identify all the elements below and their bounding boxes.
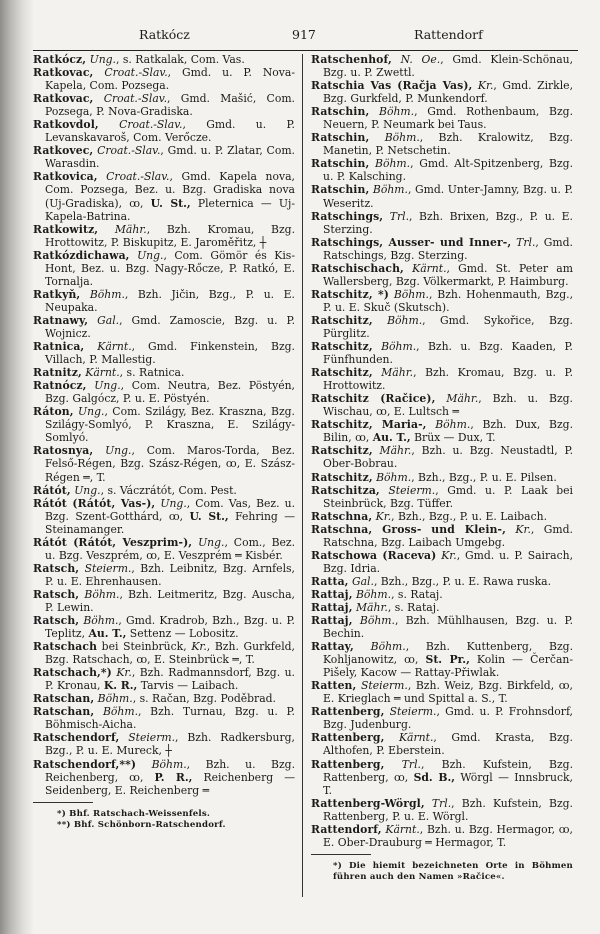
entry-region: Ung. xyxy=(105,444,131,457)
entry-text: , Bzh., Bzg., P. u. E. Pilsen. xyxy=(411,471,557,484)
gazetteer-entry: Ratsch, Böhm., Gmd. Kradrob, Bzh., Bzg. … xyxy=(33,614,295,640)
gazetteer-entry: Ratschitza, Steierm., Gmd. u. P. Laak be… xyxy=(311,484,573,510)
entry-region: Ung. xyxy=(137,249,163,262)
entry-region: Steierm. xyxy=(128,731,175,744)
entry-text: bei Steinbrück, xyxy=(97,640,191,653)
page-number: 917 xyxy=(292,27,316,42)
gazetteer-entry: Ratsch, Böhm., Bzh. Leitmeritz, Bzg. Aus… xyxy=(33,588,295,614)
entry-region: Böhm. xyxy=(381,340,416,353)
entry-headword: Ratschach xyxy=(33,640,97,653)
entry-region: Kärnt. xyxy=(412,262,446,275)
entry-region: Croat.-Slav. xyxy=(119,118,182,131)
entry-region: Kr. xyxy=(116,666,131,679)
gazetteer-entry: Ratschendorf, Steierm., Bzh. Radkersburg… xyxy=(33,731,295,757)
entry-region: Kr. xyxy=(441,549,456,562)
gazetteer-entry: Ratkyň, Böhm., Bzh. Jičin, Bzg., P. u. E… xyxy=(33,288,295,314)
gazetteer-entry: Ratschenhof, N. Oe., Gmd. Klein-Schönau,… xyxy=(311,53,573,79)
gazetteer-entry: Ratschna, Gross- und Klein-, Kr., Gmd. R… xyxy=(311,523,573,549)
header-rule xyxy=(33,50,578,51)
gazetteer-entry: Ratschitz, Mähr., Bzh. Kromau, Bzg. u. P… xyxy=(311,366,573,392)
gazetteer-entry: Rattenberg, Trl., Bzh. Kufstein, Bzg. Ra… xyxy=(311,758,573,797)
page-header: Ratkócz 917 Rattendorf xyxy=(34,24,580,46)
entry-headword: Ratkovec, xyxy=(33,144,93,157)
gazetteer-entry: Ratschendorf,**) Böhm., Bzh. u. Bzg. Rei… xyxy=(33,758,295,797)
entry-headword: Ratschach,*) xyxy=(33,666,112,679)
entry-region: Ung. xyxy=(94,379,120,392)
gazetteer-entry: Ratkovac, Croat.-Slav., Gmd. u. P. Nova-… xyxy=(33,66,295,92)
entry-railway: U. St., xyxy=(189,510,228,523)
entry-headword: Rátót (Rátót, Vas-), xyxy=(33,497,155,510)
entry-railway: St. Pr., xyxy=(426,653,470,666)
entry-headword: Ratschin, xyxy=(311,131,369,144)
entry-text: , s. Rataj. xyxy=(391,588,443,601)
entry-text: , s. Račan, Bzg. Poděbrad. xyxy=(133,692,276,705)
gazetteer-entry: Rattenberg, Kärnt., Gmd. Krasta, Bzg. Al… xyxy=(311,731,573,757)
gazetteer-entry: Rattenberg, Steierm., Gmd. u. P. Frohnsd… xyxy=(311,705,573,731)
entry-region: Böhm. xyxy=(360,614,395,627)
gazetteer-entry: Ratten, Steierm., Bzh. Weiz, Bzg. Birkfe… xyxy=(311,679,573,705)
entry-headword: Ratschna, xyxy=(311,510,372,523)
gazetteer-entry: Rattaj, Böhm., Bzh. Mühlhausen, Bzg. u. … xyxy=(311,614,573,640)
entry-region: Steierm. xyxy=(388,484,435,497)
entry-region: Croat.-Slav. xyxy=(104,66,167,79)
entry-headword: Ratkovac, xyxy=(33,66,93,79)
gazetteer-entry: Ráton, Ung., Com. Szilágy, Bez. Kraszna,… xyxy=(33,405,295,444)
gazetteer-entry: Ratschan, Böhm., s. Račan, Bzg. Poděbrad… xyxy=(33,692,295,705)
entry-headword: Rátót, xyxy=(33,484,71,497)
entry-headword: Ratsch, xyxy=(33,562,79,575)
entry-text: , s. Ratnica. xyxy=(120,366,185,379)
entry-headword: Ratschia Vas (Račja Vas), xyxy=(311,79,472,92)
entry-headword: Rattenberg, xyxy=(311,705,384,718)
gazetteer-entry: Ratkovac, Croat.-Slav., Gmd. Mašić, Com.… xyxy=(33,92,295,118)
entry-railway: P. R., xyxy=(154,771,192,784)
entry-region: Böhm. xyxy=(385,131,420,144)
entry-region: Böhm. xyxy=(375,157,410,170)
entry-headword: Ratschitz, xyxy=(311,340,373,353)
header-right-word: Rattendorf xyxy=(414,27,483,42)
gazetteer-entry: Ratschitz, *) Böhm., Bzh. Hohenmauth, Bz… xyxy=(311,288,573,314)
gazetteer-entry: Rattendorf, Kärnt., Bzh. u. Bzg. Hermago… xyxy=(311,823,573,849)
entry-region: Böhm. xyxy=(387,314,422,327)
entry-headword: Ratschendorf, xyxy=(33,731,119,744)
gazetteer-entry: Ratkovdol, Croat.-Slav., Gmd. u. P. Leva… xyxy=(33,118,295,144)
left-column: Ratkócz, Ung., s. Ratkalak, Com. Vas.Rat… xyxy=(33,53,295,832)
gazetteer-entry: Ratschin, Böhm., Gmd. Alt-Spitzenberg, B… xyxy=(311,157,573,183)
entry-region: Trl. xyxy=(432,797,451,810)
entry-headword: Ratschitz, *) xyxy=(311,288,389,301)
entry-headword: Ratnitz, xyxy=(33,366,82,379)
entry-region: Böhm. xyxy=(435,418,470,431)
gazetteer-entry: Ratschach,*) Kr., Bzh. Radmannsdorf, Bzg… xyxy=(33,666,295,692)
entry-region: Mähr. xyxy=(115,223,147,236)
entry-headword: Ratnócz, xyxy=(33,379,87,392)
entry-text: , Bzh. Jičin, Bzg., P. u. E. Neupaka. xyxy=(45,288,295,314)
gazetteer-entry: Ratnitz, Kärnt., s. Ratnica. xyxy=(33,366,295,379)
entry-headword: Rattendorf, xyxy=(311,823,382,836)
entry-region: Böhm. xyxy=(84,588,119,601)
gazetteer-entry: Rátót (Rátót, Veszprim-), Ung., Com., Be… xyxy=(33,536,295,562)
entry-text: , s. Ratkalak, Com. Vas. xyxy=(116,53,245,66)
entry-region: Böhm. xyxy=(373,183,408,196)
entry-region: Kr. xyxy=(376,510,391,523)
entry-headword: Rattaj, xyxy=(311,601,353,614)
entry-headword: Ráton, xyxy=(33,405,74,418)
gazetteer-entry: Ratschitz, Böhm., Gmd. Sykořice, Bzg. Pü… xyxy=(311,314,573,340)
entry-region: Mähr. xyxy=(446,392,478,405)
gazetteer-entry: Ratschischach, Kärnt., Gmd. St. Peter am… xyxy=(311,262,573,288)
gazetteer-entry: Rátót (Rátót, Vas-), Ung., Com. Vas, Bez… xyxy=(33,497,295,536)
footnote: **) Bhf. Schönborn-Ratschendorf. xyxy=(33,820,295,832)
entry-railway: Au. T., xyxy=(88,627,126,640)
gazetteer-entry: Ratschitz, Böhm., Bzh., Bzg., P. u. E. P… xyxy=(311,471,573,484)
footnote: *) Die hiemit bezeichneten Orte in Böhme… xyxy=(311,861,573,884)
entry-headword: Ratosnya, xyxy=(33,444,93,457)
page-edge-shadow xyxy=(0,0,34,934)
entry-headword: Rattenberg, xyxy=(311,731,384,744)
gazetteer-entry: Ratta, Gal., Bzh., Bzg., P. u. E. Rawa r… xyxy=(311,575,573,588)
entry-text: , s. Váczrátót, Com. Pest. xyxy=(101,484,237,497)
entry-region: Kr. xyxy=(515,523,530,536)
gazetteer-entry: Ratschia Vas (Račja Vas), Kr., Gmd. Zirk… xyxy=(311,79,573,105)
gazetteer-entry: Ratschitz, Maria-, Böhm., Bzh. Dux, Bzg.… xyxy=(311,418,573,444)
gazetteer-entry: Ratnawy, Gal., Gmd. Zamoscie, Bzg. u. P.… xyxy=(33,314,295,340)
gazetteer-entry: Ratsch, Steierm., Bzh. Leibnitz, Bzg. Ar… xyxy=(33,562,295,588)
entry-headword: Rattaj, xyxy=(311,588,353,601)
entry-region: Kärnt. xyxy=(85,366,119,379)
entry-headword: Ratten, xyxy=(311,679,356,692)
entry-headword: Ratkyň, xyxy=(33,288,80,301)
entry-region: Croat.-Slav. xyxy=(97,144,160,157)
header-left-word: Ratkócz xyxy=(139,27,190,42)
entry-headword: Rátót (Rátót, Veszprim-), xyxy=(33,536,192,549)
entry-headword: Ratschitza, xyxy=(311,484,380,497)
entry-headword: Ratschitz, xyxy=(311,314,373,327)
entry-headword: Ratsch, xyxy=(33,588,79,601)
entry-region: Böhm. xyxy=(90,288,125,301)
gazetteer-entry: Ratkózdichawa, Ung., Com. Gömör és Kis-H… xyxy=(33,249,295,288)
entry-headword: Ratschischach, xyxy=(311,262,404,275)
entry-headword: Ratkowitz, xyxy=(33,223,98,236)
gazetteer-entry: Ratschin, Böhm., Bzh. Kralowitz, Bzg. Ma… xyxy=(311,131,573,157)
entry-text: , Bzh. Leitmeritz, Bzg. Auscha, P. Lewin… xyxy=(45,588,295,614)
gazetteer-entry: Ratschings, Trl., Bzh. Brixen, Bzg., P. … xyxy=(311,210,573,236)
entry-region: Böhm. xyxy=(103,705,138,718)
entry-headword: Ratschin, xyxy=(311,157,369,170)
entry-railway: K. R., xyxy=(104,679,137,692)
gazetteer-entry: Ratschitz (Račice), Mähr., Bzh. u. Bzg. … xyxy=(311,392,573,418)
gazetteer-entry: Ratkovec, Croat.-Slav., Gmd. u. P. Zlata… xyxy=(33,144,295,170)
entry-text: Tarvis — Laibach. xyxy=(137,679,238,692)
entry-region: Steierm. xyxy=(361,679,408,692)
gazetteer-entry: Ratschna, Kr., Bzh., Bzg., P. u. E. Laib… xyxy=(311,510,573,523)
entry-text: , Bzh., Bzg., P. u. E. Rawa ruska. xyxy=(374,575,551,588)
gazetteer-entry: Ratkowitz, Mähr., Bzh. Kromau, Bzg. Hrot… xyxy=(33,223,295,249)
gazetteer-entry: Ratschowa (Raceva) Kr., Gmd. u. P. Saira… xyxy=(311,549,573,575)
entry-headword: Ratschings, xyxy=(311,210,383,223)
entry-headword: Ratkovdol, xyxy=(33,118,99,131)
entry-headword: Rattaj, xyxy=(311,614,353,627)
entry-region: Böhm. xyxy=(83,614,118,627)
gazetteer-entry: Ratosnya, Ung., Com. Maros-Torda, Bez. F… xyxy=(33,444,295,483)
entry-railway: U. St., xyxy=(151,197,191,210)
entry-headword: Rattenberg-Wörgl, xyxy=(311,797,425,810)
entry-headword: Ratkovac, xyxy=(33,92,93,105)
entry-region: Ung. xyxy=(78,405,104,418)
entry-region: Böhm. xyxy=(371,640,406,653)
footnote: *) Bhf. Ratschach-Weissenfels. xyxy=(33,809,295,821)
entry-region: Trl. xyxy=(516,236,535,249)
entry-region: Kr. xyxy=(478,79,493,92)
gazetteer-entry: Rátót, Ung., s. Váczrátót, Com. Pest. xyxy=(33,484,295,497)
entry-region: Ung. xyxy=(74,484,100,497)
entry-headword: Rattay, xyxy=(311,640,354,653)
gazetteer-entry: Ratschin, Böhm., Gmd. Unter-Jamny, Bzg. … xyxy=(311,183,573,209)
entry-region: Kärnt. xyxy=(97,340,131,353)
entry-region: Kärnt. xyxy=(385,823,419,836)
entry-region: Steierm. xyxy=(85,562,132,575)
entry-region: Mähr. xyxy=(381,366,413,379)
entry-text: , Bzh. Leibnitz, Bzg. Arnfels, P. u. E. … xyxy=(45,562,295,588)
entry-region: Böhm. xyxy=(376,471,411,484)
entry-region: N. Oe. xyxy=(401,53,441,66)
entry-railway: Au. T., xyxy=(373,431,411,444)
entry-region: Trl. xyxy=(390,210,409,223)
entry-region: Croat.-Slav. xyxy=(104,92,167,105)
entry-headword: Ratschenhof, xyxy=(311,53,392,66)
entry-headword: Ratschitz, xyxy=(311,444,373,457)
gazetteer-entry: Ratschings, Ausser- und Inner-, Trl., Gm… xyxy=(311,236,573,262)
entry-railway: Sd. B., xyxy=(414,771,455,784)
entry-text: , Bzh., Bzg., P. u. E. Laibach. xyxy=(391,510,547,523)
entry-region: Böhm. xyxy=(98,692,133,705)
entry-region: Croat.-Slav. xyxy=(106,170,169,183)
entry-headword: Ratschitz, xyxy=(311,366,373,379)
footnote-rule xyxy=(33,802,93,803)
entry-headword: Ratschna, Gross- und Klein-, xyxy=(311,523,506,536)
entry-region: Mähr. xyxy=(380,444,412,457)
gazetteer-entry: Ratnócz, Ung., Com. Neutra, Bez. Pöstyén… xyxy=(33,379,295,405)
entry-region: Mähr. xyxy=(356,601,388,614)
gazetteer-entry: Rattenberg-Wörgl, Trl., Bzh. Kufstein, B… xyxy=(311,797,573,823)
footnote-rule xyxy=(311,854,371,855)
entry-region: Böhm. xyxy=(152,758,187,771)
entry-region: Trl. xyxy=(402,758,421,771)
gazetteer-entry: Rattay, Böhm., Bzh. Kuttenberg, Bzg. Koh… xyxy=(311,640,573,679)
entry-headword: Ratschowa (Raceva) xyxy=(311,549,436,562)
entry-headword: Ratta, xyxy=(311,575,349,588)
entry-region: Böhm. xyxy=(356,588,391,601)
entry-region: Steierm. xyxy=(390,705,437,718)
entry-text: , s. Rataj. xyxy=(388,601,440,614)
entry-headword: Ratkócz, xyxy=(33,53,86,66)
entry-headword: Ratkovica, xyxy=(33,170,98,183)
entry-region: Kr. xyxy=(191,640,206,653)
gazetteer-entry: Ratnica, Kärnt., Gmd. Finkenstein, Bzg. … xyxy=(33,340,295,366)
entry-region: Gal. xyxy=(97,314,119,327)
gazetteer-entry: Ratschach bei Steinbrück, Kr., Bzh. Gurk… xyxy=(33,640,295,666)
entry-headword: Ratschin, xyxy=(311,105,369,118)
gazetteer-entry: Ratkovica, Croat.-Slav., Gmd. Kapela nov… xyxy=(33,170,295,222)
entry-headword: Ratschings, Ausser- und Inner-, xyxy=(311,236,511,249)
entry-headword: Ratschendorf,**) xyxy=(33,758,136,771)
entry-region: Ung. xyxy=(160,497,186,510)
entry-headword: Ratschitz, Maria-, xyxy=(311,418,427,431)
gazetteer-entry: Rattaj, Böhm., s. Rataj. xyxy=(311,588,573,601)
entry-headword: Rattenberg, xyxy=(311,758,384,771)
gazetteer-entry: Ratschitz, Böhm., Bzh. u. Bzg. Kaaden, P… xyxy=(311,340,573,366)
gazetteer-entry: Ratschitz, Mähr., Bzh. u. Bzg. Neustadtl… xyxy=(311,444,573,470)
right-column: Ratschenhof, N. Oe., Gmd. Klein-Schönau,… xyxy=(311,53,573,884)
column-divider xyxy=(302,54,303,897)
entry-text: Settenz — Lobositz. xyxy=(126,627,238,640)
entry-headword: Ratnica, xyxy=(33,340,84,353)
entry-region: Böhm. xyxy=(394,288,429,301)
entry-headword: Ratschan, xyxy=(33,692,94,705)
gazetteer-entry: Ratschan, Böhm., Bzh. Turnau, Bzg. u. P.… xyxy=(33,705,295,731)
entry-headword: Ratsch, xyxy=(33,614,79,627)
entry-region: Ung. xyxy=(198,536,224,549)
gazetteer-entry: Ratkócz, Ung., s. Ratkalak, Com. Vas. xyxy=(33,53,295,66)
entry-headword: Ratschan, xyxy=(33,705,94,718)
entry-region: Kärnt. xyxy=(399,731,433,744)
entry-headword: Ratschitz, xyxy=(311,471,373,484)
entry-region: Gal. xyxy=(352,575,374,588)
entry-headword: Ratkózdichawa, xyxy=(33,249,130,262)
entry-region: Ung. xyxy=(90,53,116,66)
entry-text: Brüx — Dux, T. xyxy=(411,431,496,444)
gazetteer-entry: Rattaj, Mähr., s. Rataj. xyxy=(311,601,573,614)
gazetteer-entry: Ratschin, Böhm., Gmd. Rothenbaum, Bzg. N… xyxy=(311,105,573,131)
entry-region: Böhm. xyxy=(379,105,414,118)
entry-headword: Ratnawy, xyxy=(33,314,88,327)
entry-headword: Ratschin, xyxy=(311,183,369,196)
entry-headword: Ratschitz (Račice), xyxy=(311,392,435,405)
